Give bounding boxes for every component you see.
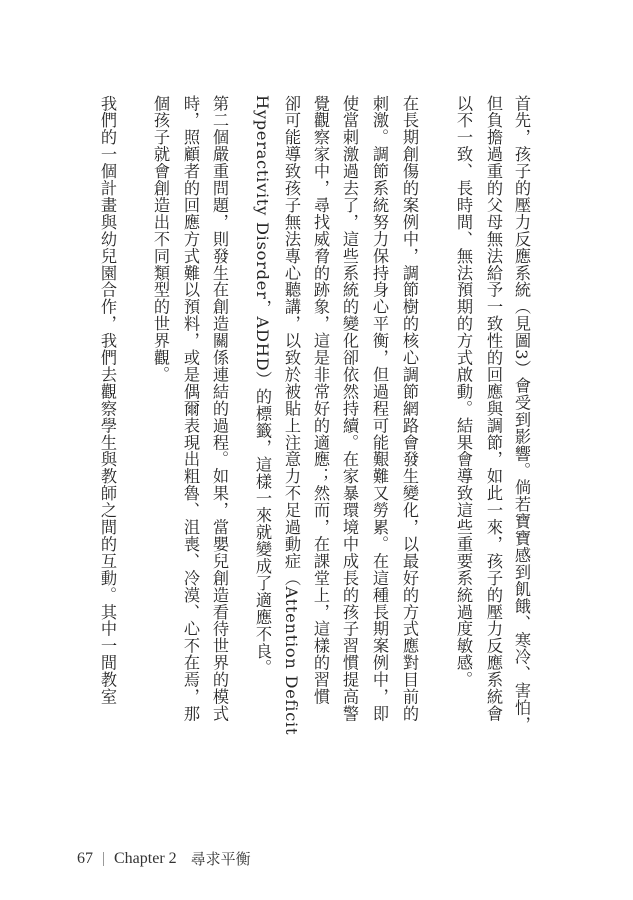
text-column-6: 使當刺激過去了，這些系統的變化卻依然持續。在家暴環境中成長的孩子習慣提高警	[338, 95, 360, 722]
text-column-2: 但負擔過重的父母無法給予一致性的回應與調節，如此一來，孩子的壓力反應系統會	[482, 95, 504, 722]
text-column-13: 我們的一個計畫與幼兒園合作，我們去觀察學生與教師之間的互動。其中一間教室	[96, 95, 118, 705]
text-column-10: 第二個嚴重問題，則發生在創造關係連結的過程。如果，當嬰兒創造看待世界的模式	[208, 95, 230, 722]
page-number: 67	[77, 850, 93, 868]
text-column-7: 覺觀察家中，尋找威脅的跡象，這是非常好的適應；然而，在課堂上，這樣的習慣	[309, 95, 331, 705]
footer-separator	[103, 852, 104, 866]
chapter-label: Chapter 2	[114, 850, 177, 868]
page-footer: 67 Chapter 2 尋求平衡	[77, 848, 251, 869]
text-column-4: 在長期創傷的案例中，調節樹的核心調節網路會發生變化，以最好的方式應對目前的	[398, 95, 420, 722]
chapter-title: 尋求平衡	[191, 848, 251, 869]
book-page: 首先，孩子的壓力反應系統（見圖3）會受到影響。倘若寶寶感到飢餓、寒冷、害怕， 但…	[0, 0, 633, 900]
text-column-11: 時，照顧者的回應方式難以預料，或是偶爾表現出粗魯、沮喪、冷漠、心不在焉，那	[179, 95, 201, 722]
text-column-8: 卻可能導致孩子無法專心聽講，以致於被貼上注意力不足過動症（Attention D…	[280, 95, 302, 735]
text-column-9: Hyperactivity Disorder，ADHD）的標籤，這樣一來就變成了…	[251, 95, 273, 676]
text-column-12: 個孩子就會創造出不同類型的世界觀。	[149, 95, 171, 383]
text-column-3: 以不一致、長時間、無法預期的方式啟動。結果會導致這些重要系統過度敏感。	[452, 95, 474, 688]
text-column-5: 刺激。調節系統努力保持身心平衡，但過程可能艱難又勞累。在這種長期案例中，即	[368, 95, 390, 722]
text-column-1: 首先，孩子的壓力反應系統（見圖3）會受到影響。倘若寶寶感到飢餓、寒冷、害怕，	[510, 95, 532, 733]
